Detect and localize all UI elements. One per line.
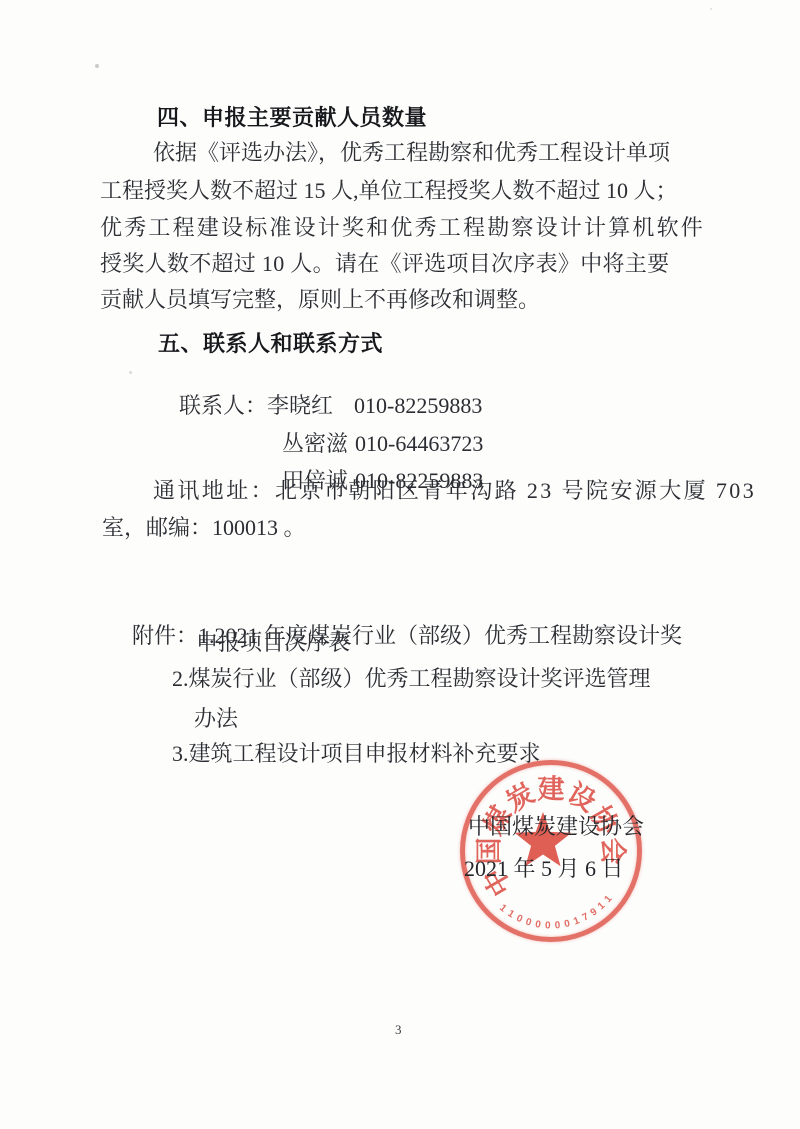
attachments-label: 附件：	[132, 623, 198, 648]
section4-body-line: 授奖人数不超过 10 人。请在《评选项目次序表》中将主要	[100, 249, 669, 279]
seal-code-digit: 0	[554, 920, 561, 931]
contact-row: 丛密滋010-64463723	[260, 399, 483, 429]
contact-row: 田倍诚010-82259883	[260, 436, 483, 466]
seal-char: 建	[538, 768, 565, 807]
page-number: 3	[395, 1022, 402, 1038]
section4-body-line: 贡献人员填写完整，原则上不再修改和调整。	[100, 285, 540, 315]
attachments-row: 附件：1.2021 年度煤炭行业（部级）优秀工程勘察设计奖	[110, 591, 682, 621]
address-line: 通讯地址：北京市朝阳区青年沟路 23 号院安源大厦 703	[100, 476, 756, 506]
seal-code-digit: 0	[545, 920, 551, 931]
attachment-line: 申报项目次序表	[196, 628, 350, 658]
section4-body-line: 优秀工程建设标准设计奖和优秀工程勘察设计计算机软件	[100, 213, 705, 243]
section4-heading: 四、申报主要贡献人员数量	[157, 103, 427, 133]
official-seal: 中国煤炭建设协会 1100000017911	[460, 760, 642, 942]
attachment-line: 2.煤炭行业（部级）优秀工程勘察设计奖评选管理	[172, 664, 651, 694]
section4-body-line: 依据《评选办法》，优秀工程勘察和优秀工程设计单项	[100, 138, 670, 168]
address-line: 室，邮编：100013 。	[102, 513, 306, 543]
signature-org: 中国煤炭建设协会	[468, 812, 644, 842]
scan-speck	[95, 64, 99, 68]
scan-speck	[129, 371, 132, 374]
attachment-line: 办法	[194, 704, 238, 734]
scan-speck	[710, 8, 712, 10]
contact-row: 联系人：李晓红010-82259883	[157, 361, 482, 391]
section4-body-line: 工程授奖人数不超过 15 人,单位工程授奖人数不超过 10 人；	[100, 176, 678, 206]
signature-date: 2021 年 5 月 6 日	[464, 854, 624, 884]
attachment-line: 3.建筑工程设计项目申报材料补充要求	[172, 739, 541, 769]
section5-heading: 五、联系人和联系方式	[158, 329, 383, 359]
contact-label: 联系人：	[179, 393, 267, 418]
document-page: 四、申报主要贡献人员数量 依据《评选办法》，优秀工程勘察和优秀工程设计单项 工程…	[0, 0, 800, 1129]
